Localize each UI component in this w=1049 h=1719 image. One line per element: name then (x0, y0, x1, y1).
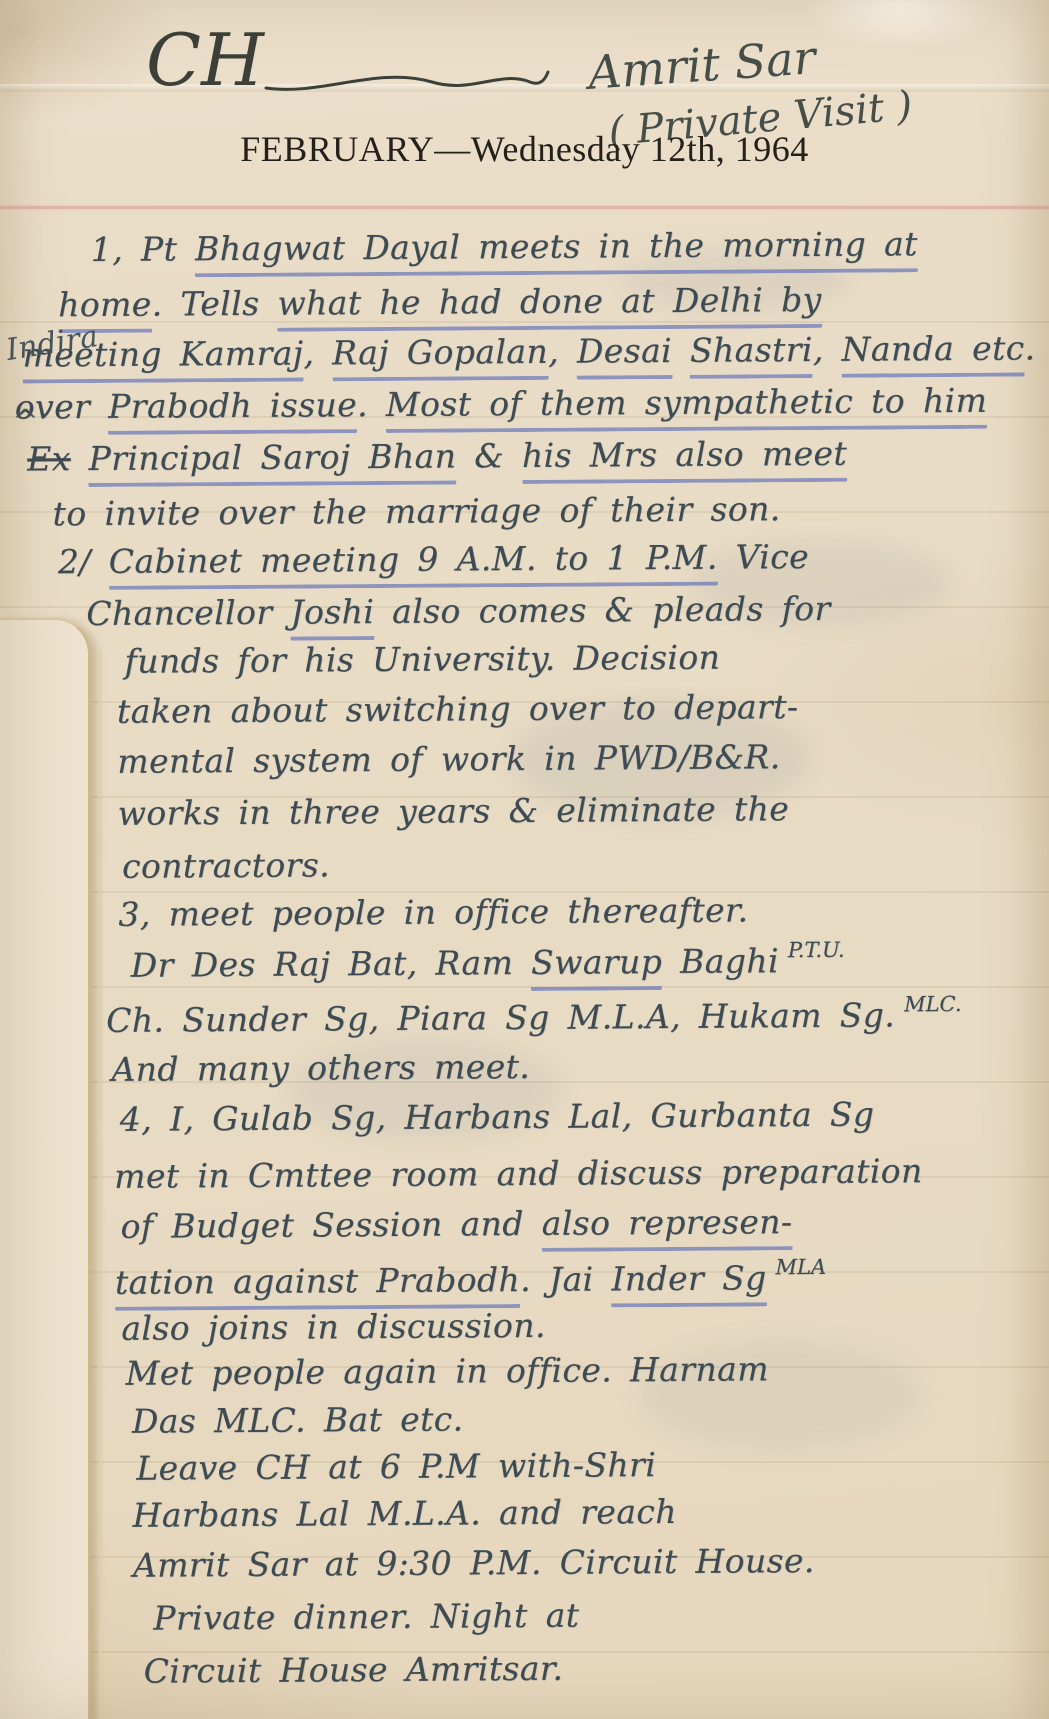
diary-line: mental system of work in PWD/B&R. (117, 738, 780, 781)
diary-line: over Prabodh issue. Most of them sympath… (15, 382, 988, 427)
diary-text-segment: 1, Pt (91, 229, 196, 269)
diary-text-segment: Nanda etc (841, 328, 1024, 377)
diary-text-segment: Shastri (690, 330, 813, 379)
diary-line: taken about switching over to depart- (117, 688, 799, 731)
diary-text-segment: Inder Sg (611, 1258, 766, 1307)
diary-line: Private dinner. Night at (153, 1597, 579, 1638)
diary-text-segment: Desai (577, 331, 672, 380)
diary-text-segment: Ex (27, 439, 71, 478)
diary-line: also joins in discussion. (121, 1307, 546, 1348)
diary-text-segment: Principal Saroj Bhan (88, 436, 456, 487)
diary-text-segment: taken about switching over to depart- (117, 687, 799, 731)
diary-text-segment: 3, meet people in office thereafter. (118, 890, 748, 933)
diary-text-segment: . Tells (152, 284, 278, 324)
diary-line: Dr Des Raj Bat, Ram Swarup BaghiP.T.U. (131, 938, 845, 985)
diary-text-segment: Prabodh issue (108, 385, 357, 435)
diary-text-segment: funds for his University. Decision (124, 638, 720, 681)
diary-line: 2/ Cabinet meeting 9 A.M. to 1 P.M. Vice (58, 538, 809, 581)
diary-text-segment: contractors. (122, 845, 330, 885)
diary-line: Met people again in office. Harnam (125, 1350, 768, 1392)
diary-text-segment: works in three years & eliminate the (118, 789, 790, 833)
diary-text-segment: to invite over the marriage of their son… (52, 489, 780, 533)
diary-text-segment: P.T.U. (788, 938, 845, 962)
diary-text-segment: , (548, 332, 577, 371)
diary-text-segment: Cabinet meeting 9 A.M. to 1 P.M. (109, 538, 718, 590)
margin-note: ^ (12, 402, 39, 440)
diary-line: met in Cmttee room and discuss preparati… (114, 1152, 923, 1196)
diary-text-segment: . Jai (520, 1259, 612, 1299)
diary-text-segment: Dr Des Raj Bat, Ram (131, 943, 532, 985)
diary-text-segment: Chancellor (86, 593, 290, 633)
diary-text-segment: Das MLC. Bat etc. (132, 1399, 464, 1440)
diary-text-segment: also represen- (542, 1202, 793, 1252)
diary-body: 1, Pt Bhagwat Dayal meets in the morning… (0, 0, 1049, 1719)
diary-text-segment: what he had done at Delhi by (277, 280, 822, 332)
diary-line: meeting Kamraj, Raj Gopalan, Desai Shast… (22, 329, 1035, 374)
diary-text-segment (71, 439, 89, 478)
diary-line: Harbans Lal M.L.A. and reach (132, 1493, 677, 1535)
diary-text-segment: mental system of work in PWD/B&R. (117, 737, 781, 781)
diary-line: Ex Principal Saroj Bhan & his Mrs also m… (27, 435, 847, 479)
diary-text-segment: Swarup (531, 942, 662, 991)
diary-text-segment: Bhagwat Dayal meets in the morning at (195, 224, 918, 277)
diary-line: of Budget Session and also represen- (120, 1203, 792, 1246)
diary-text-segment: And many others meet. (111, 1047, 530, 1089)
diary-line: 3, meet people in office thereafter. (118, 891, 748, 933)
diary-line: Chancellor Joshi also comes & pleads for (86, 590, 831, 633)
diary-line: Leave CH at 6 P.M with-Shri (136, 1446, 656, 1488)
diary-line: Das MLC. Bat etc. (132, 1400, 464, 1440)
diary-text-segment: . (357, 385, 386, 424)
diary-text-segment: MLC. (904, 992, 962, 1016)
diary-text-segment: tation against Prabodh (115, 1260, 520, 1311)
diary-text-segment: also joins in discussion. (121, 1306, 546, 1348)
diary-text-segment (672, 331, 690, 370)
diary-text-segment: Joshi (290, 592, 374, 641)
diary-line: to invite over the marriage of their son… (52, 490, 780, 533)
diary-text-segment: Harbans Lal M.L.A. and reach (132, 1492, 677, 1535)
diary-text-segment: Amrit Sar at 9:30 P.M. Circuit House. (133, 1541, 815, 1585)
diary-text-segment: Raj Gopalan (332, 332, 548, 382)
diary-text-segment: Leave CH at 6 P.M with-Shri (136, 1445, 656, 1488)
diary-line: 1, Pt Bhagwat Dayal meets in the morning… (91, 225, 918, 269)
diary-line: works in three years & eliminate the (118, 790, 790, 833)
diary-line: And many others meet. (111, 1048, 530, 1089)
diary-text-segment: MLA (775, 1255, 826, 1279)
diary-text-segment: 2/ (58, 542, 109, 581)
diary-line: Circuit House Amritsar. (144, 1650, 564, 1691)
diary-text-segment: also comes & pleads for (374, 589, 831, 631)
diary-text-segment: Most of them sympathetic to him (386, 381, 988, 433)
diary-line: Ch. Sunder Sg, Piara Sg M.L.A, Hukam Sg.… (106, 992, 962, 1040)
diary-text-segment: of Budget Session and (120, 1204, 541, 1246)
diary-text-segment: Ch. Sunder Sg, Piara Sg M.L.A, Hukam Sg. (106, 995, 895, 1040)
diary-text-segment: Baghi (662, 941, 779, 981)
diary-text-segment: Met people again in office. Harnam (125, 1349, 769, 1392)
diary-text-segment: met in Cmttee room and discuss preparati… (114, 1151, 923, 1196)
diary-text-segment: Vice (718, 537, 810, 577)
diary-line: 4, I, Gulab Sg, Harbans Lal, Gurbanta Sg (120, 1096, 875, 1139)
diary-text-segment: , (813, 330, 842, 369)
diary-line: home. Tells what he had done at Delhi by (58, 281, 822, 324)
diary-text-segment: & (456, 436, 522, 475)
diary-text-segment: , (303, 333, 332, 372)
diary-text-segment: . (1024, 328, 1035, 367)
diary-line: funds for his University. Decision (124, 639, 720, 681)
diary-page: CH Amrit Sar ( Private Visit ) FEBRUARY—… (0, 0, 1049, 1719)
diary-line: contractors. (122, 846, 330, 885)
diary-line: tation against Prabodh. Jai Inder SgMLA (115, 1255, 827, 1302)
diary-text-segment: Circuit House Amritsar. (144, 1649, 564, 1691)
diary-line: Amrit Sar at 9:30 P.M. Circuit House. (133, 1542, 815, 1585)
diary-text-segment: Private dinner. Night at (153, 1596, 579, 1638)
diary-text-segment: his Mrs also meet (522, 434, 847, 484)
diary-text-segment: 4, I, Gulab Sg, Harbans Lal, Gurbanta Sg (120, 1095, 875, 1139)
